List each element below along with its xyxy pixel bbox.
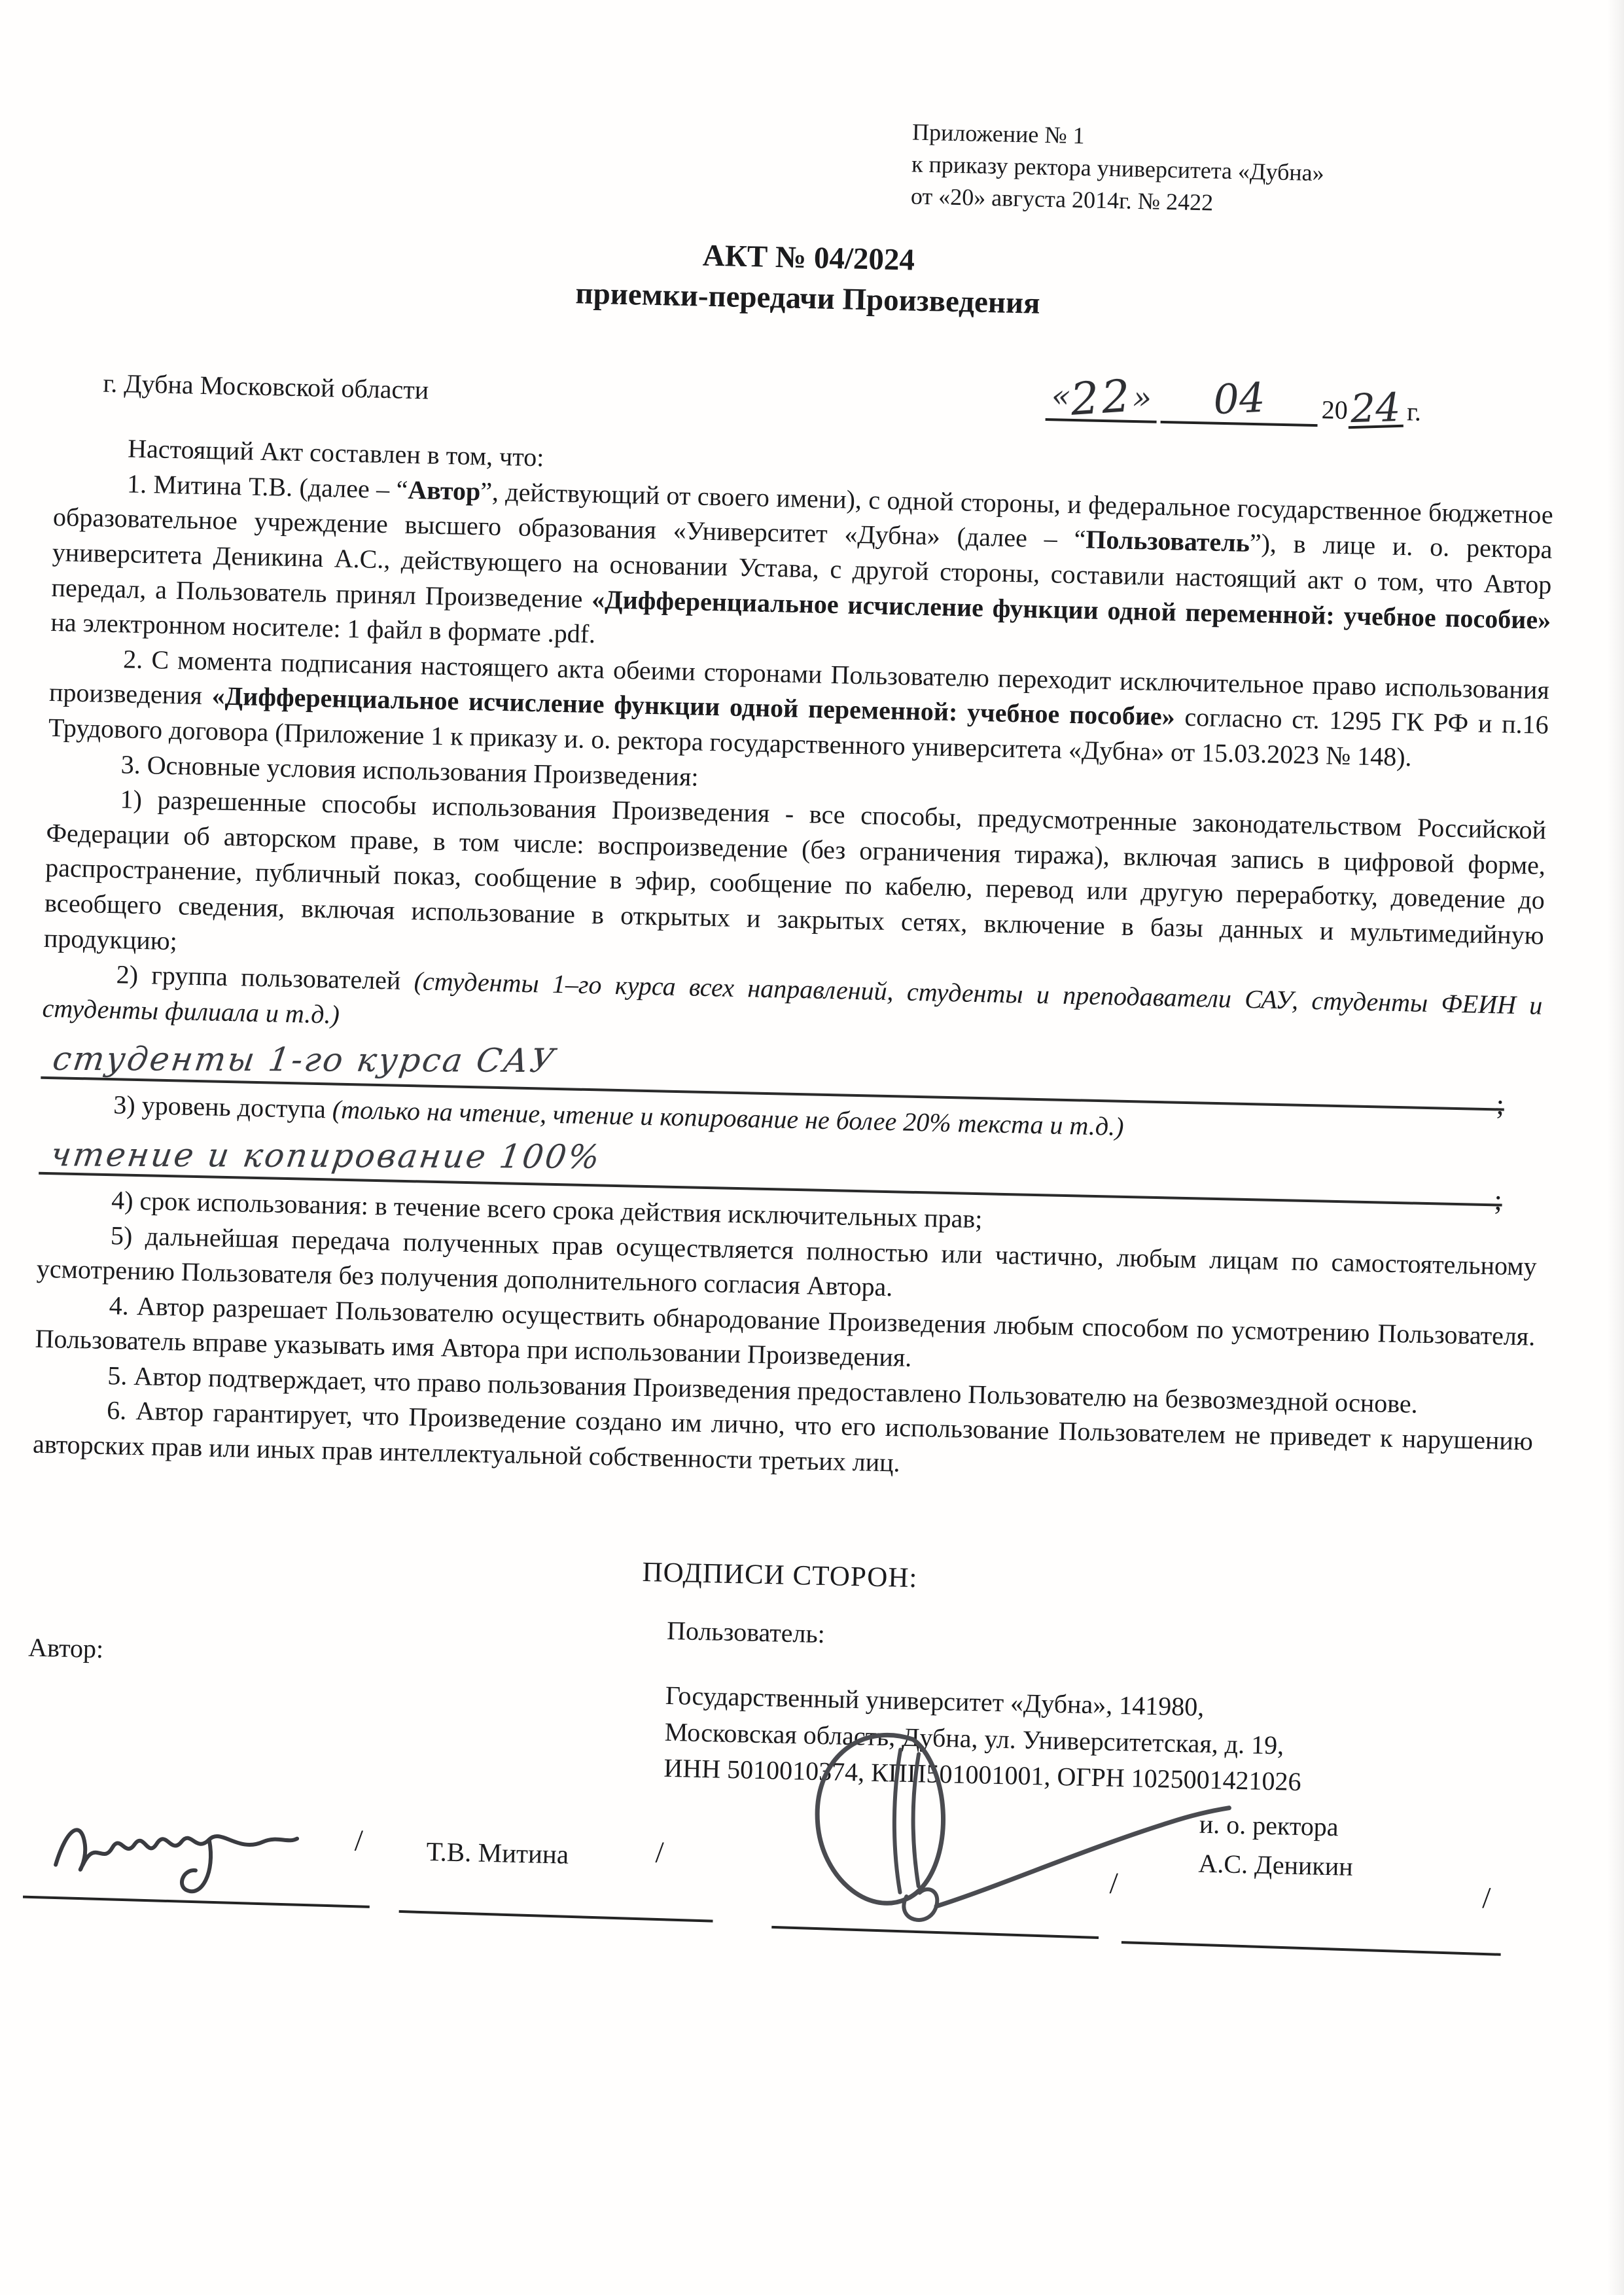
place-date-row: г. Дубна Московской области «22» 04 2024…	[56, 353, 1556, 432]
slash-mark: /	[655, 1832, 664, 1873]
rector-name: А.С. Деникин	[1198, 1844, 1353, 1887]
condition-item-2-text: 2) группа пользователей	[116, 959, 414, 995]
paragraph-1-text: 1. Митина Т.В. (далее – “	[127, 469, 408, 504]
date-year-group: 2024	[1321, 391, 1403, 429]
document-content: Приложение № 1 к приказу ректора универс…	[21, 98, 1562, 2023]
date-century: 20	[1321, 392, 1348, 427]
date-day-handwritten: 22	[1069, 376, 1133, 420]
condition-item-1: 1) разрешенные способы использования Про…	[43, 780, 1546, 988]
rector-title: и. о. ректора	[1199, 1805, 1354, 1847]
blank-terminator: ;	[1496, 1096, 1504, 1114]
rector-titles-block: и. о. ректора А.С. Деникин	[1198, 1805, 1354, 1887]
date-line: «22» 04 2024 г.	[1046, 375, 1422, 429]
paragraph-1: 1. Митина Т.В. (далее – “Автор”, действу…	[50, 465, 1553, 673]
user-term: Пользователь	[1086, 525, 1250, 558]
appendix-block: Приложение № 1 к приказу ректора универс…	[910, 116, 1561, 226]
date-close-quote: »	[1132, 377, 1152, 419]
condition-item-3-text: 3) уровень доступа	[113, 1090, 332, 1124]
author-label: Автор:	[28, 1630, 104, 1667]
blank-terminator: ;	[1494, 1192, 1502, 1209]
scan-edge-shadow	[1607, 0, 1624, 2295]
slash-mark: /	[1482, 1877, 1491, 1918]
signatures-area: Автор: Пользователь: Государственный уни…	[21, 1584, 1529, 2023]
date-day-blank: «22»	[1046, 375, 1157, 423]
date-month-handwritten: 04	[1212, 379, 1265, 418]
access-level-handwritten: чтение и копирование 100%	[36, 1133, 604, 1179]
date-open-quote: «	[1051, 375, 1071, 418]
date-suffix: г.	[1407, 394, 1422, 429]
place-line: г. Дубна Московской области	[103, 365, 429, 407]
author-term: Автор	[408, 475, 481, 506]
date-year-handwritten: 24	[1347, 391, 1403, 429]
date-month-blank: 04	[1160, 379, 1318, 427]
user-label: Пользователь:	[667, 1612, 1531, 1667]
slash-mark: /	[354, 1821, 363, 1861]
slash-mark: /	[1109, 1863, 1118, 1904]
author-name-line	[399, 1910, 713, 1923]
document-title: АКТ № 04/2024 приемки-передачи Произведе…	[58, 221, 1559, 335]
document-page: Приложение № 1 к приказу ректора универс…	[0, 0, 1624, 2295]
user-group-handwritten: студенты 1-го курса САУ	[38, 1037, 559, 1083]
author-name: Т.В. Митина	[426, 1834, 569, 1873]
